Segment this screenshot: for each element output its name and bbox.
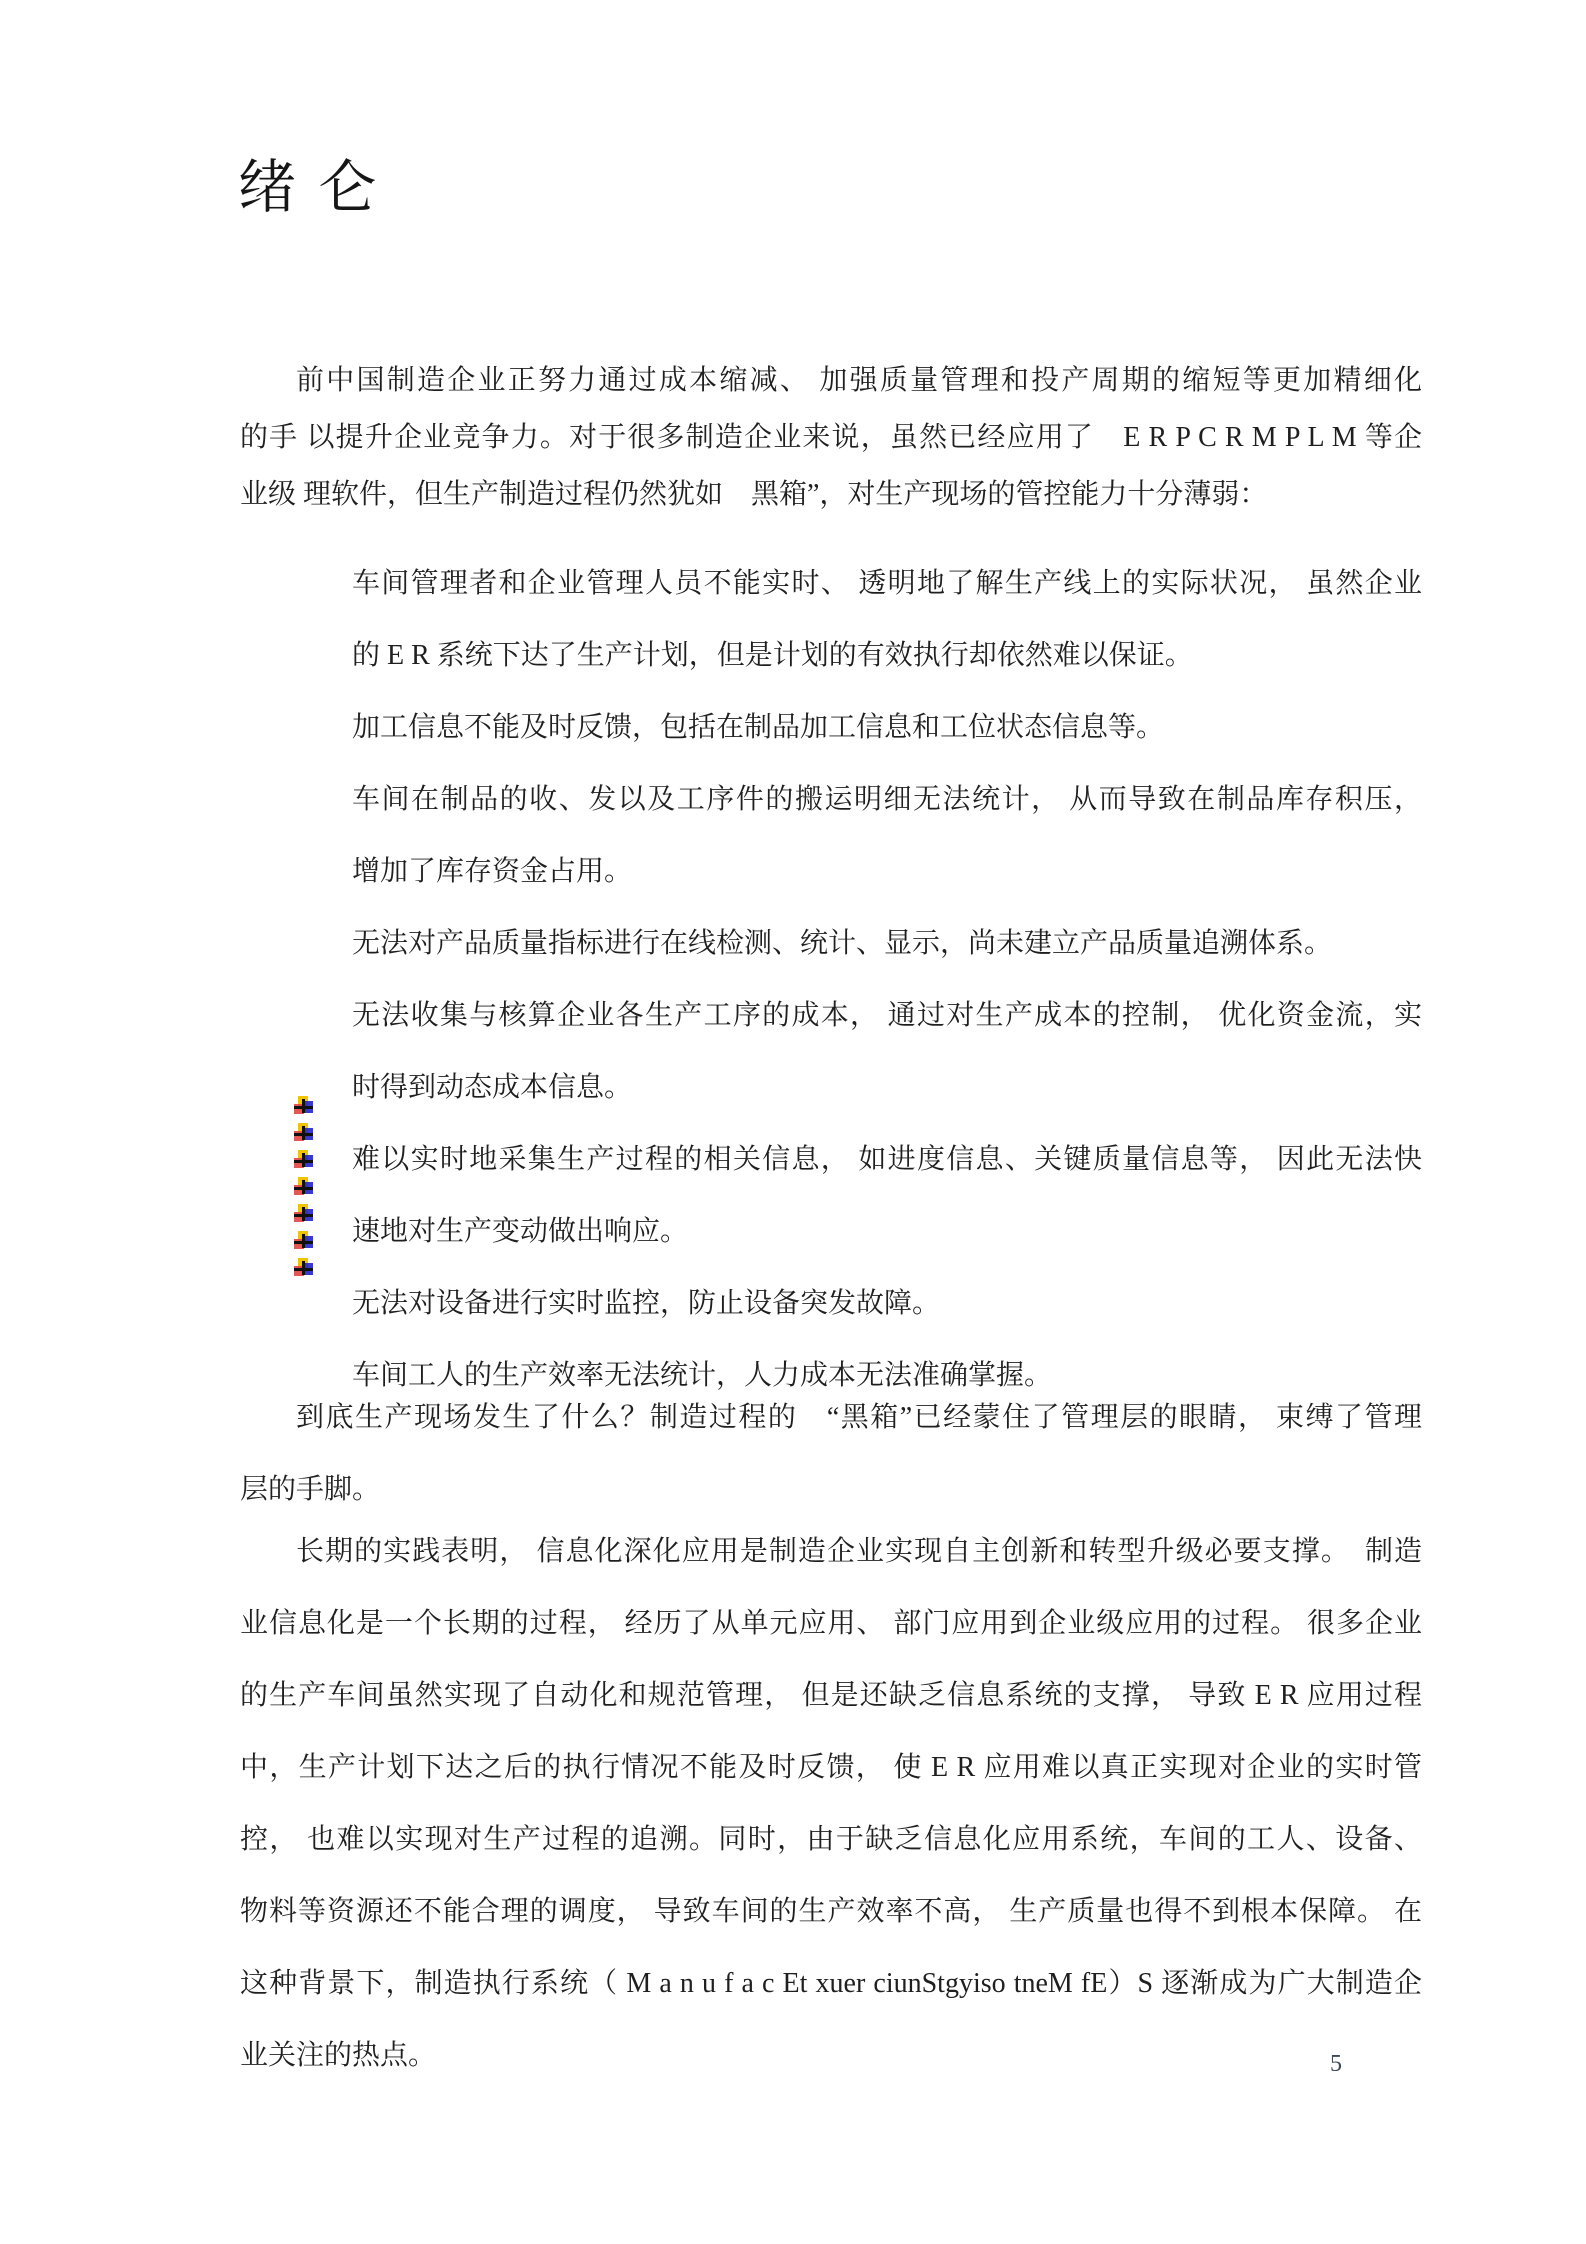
text-line: 前中国制造企业正努力通过成本缩减、 加强质量管理和投产周期的缩短等更加精细化 (240, 352, 1422, 409)
marker-part (302, 1099, 305, 1113)
arrow-cross-marker-icon (294, 1204, 313, 1224)
list-item: 难以实时地采集生产过程的相关信息， 如进度信息、关键质量信息等， 因此无法快速地… (352, 1124, 1422, 1268)
intro-paragraph: 前中国制造企业正努力通过成本缩减、 加强质量管理和投产周期的缩短等更加精细化的手… (240, 352, 1422, 523)
list-item: 车间在制品的收、发以及工序件的搬运明细无法统计， 从而导致在制品库存积压，增加了… (352, 764, 1422, 908)
text-line: 的生产车间虽然实现了自动化和规范管理， 但是还缺乏信息系统的支撑， 导致 E R… (240, 1660, 1422, 1732)
text-line: 到底生产现场发生了什么？制造过程的 “黑箱”已经蒙住了管理层的眼睛， 束缚了管理 (240, 1382, 1422, 1454)
text-line: 的手 以提升企业竞争力。对于很多制造企业来说，虽然已经应用了 E R P C R… (240, 409, 1422, 466)
bullet-marker-column (294, 1096, 313, 1285)
text-line: 控， 也难以实现对生产过程的追溯。同时，由于缺乏信息化应用系统，车间的工人、设备… (240, 1804, 1422, 1876)
arrow-cross-marker-icon (294, 1096, 313, 1116)
arrow-cross-marker-icon (294, 1150, 313, 1170)
list-item: 车间管理者和企业管理人员不能实时、 透明地了解生产线上的实际状况， 虽然企业的 … (352, 548, 1422, 692)
marker-part (302, 1126, 305, 1140)
arrow-cross-marker-icon (294, 1258, 313, 1278)
page-number: 5 (1330, 2052, 1342, 2076)
blackbox-paragraph: 到底生产现场发生了什么？制造过程的 “黑箱”已经蒙住了管理层的眼睛， 束缚了管理… (240, 1382, 1422, 1526)
marker-part (302, 1261, 305, 1275)
arrow-cross-marker-icon (294, 1231, 313, 1251)
marker-part (302, 1180, 305, 1194)
text-line: 这种背景下，制造执行系统（ M a n u f a c Et xuer ciun… (240, 1948, 1422, 2020)
list-item: 无法对产品质量指标进行在线检测、统计、显示，尚未建立产品质量追溯体系。 (352, 908, 1422, 980)
text-line: 无法对设备进行实时监控，防止设备突发故障。 (352, 1268, 1422, 1340)
text-line: 难以实时地采集生产过程的相关信息， 如进度信息、关键质量信息等， 因此无法快 (352, 1124, 1422, 1196)
mes-background-paragraph: 长期的实践表明， 信息化深化应用是制造企业实现自主创新和转型升级必要支撑。 制造… (240, 1516, 1422, 2092)
marker-part (302, 1234, 305, 1248)
arrow-cross-marker-icon (294, 1123, 313, 1143)
marker-part (302, 1153, 305, 1167)
text-line: 无法收集与核算企业各生产工序的成本， 通过对生产成本的控制， 优化资金流，实 (352, 980, 1422, 1052)
document-page: 绪 仑 前中国制造企业正努力通过成本缩减、 加强质量管理和投产周期的缩短等更加精… (0, 0, 1586, 2244)
arrow-cross-marker-icon (294, 1177, 313, 1197)
text-line: 时得到动态成本信息。 (352, 1052, 1422, 1124)
list-item: 加工信息不能及时反馈，包括在制品加工信息和工位状态信息等。 (352, 692, 1422, 764)
page-title: 绪 仑 (238, 152, 381, 225)
text-line: 增加了库存资金占用。 (352, 836, 1422, 908)
text-line: 业信息化是一个长期的过程， 经历了从单元应用、 部门应用到企业级应用的过程。 很… (240, 1588, 1422, 1660)
text-line: 中，生产计划下达之后的执行情况不能及时反馈， 使 E R 应用难以真正实现对企业… (240, 1732, 1422, 1804)
text-line: 的 E R 系统下达了生产计划，但是计划的有效执行却依然难以保证。 (352, 620, 1422, 692)
text-line: 无法对产品质量指标进行在线检测、统计、显示，尚未建立产品质量追溯体系。 (352, 908, 1422, 980)
text-line: 车间管理者和企业管理人员不能实时、 透明地了解生产线上的实际状况， 虽然企业 (352, 548, 1422, 620)
list-item: 无法收集与核算企业各生产工序的成本， 通过对生产成本的控制， 优化资金流，实时得… (352, 980, 1422, 1124)
marker-part (302, 1207, 305, 1221)
text-line: 物料等资源还不能合理的调度， 导致车间的生产效率不高， 生产质量也得不到根本保障… (240, 1876, 1422, 1948)
text-line: 业关注的热点。 (240, 2020, 1422, 2092)
text-line: 速地对生产变动做出响应。 (352, 1196, 1422, 1268)
text-line: 车间在制品的收、发以及工序件的搬运明细无法统计， 从而导致在制品库存积压， (352, 764, 1422, 836)
issues-list: 车间管理者和企业管理人员不能实时、 透明地了解生产线上的实际状况， 虽然企业的 … (352, 548, 1422, 1412)
list-item: 无法对设备进行实时监控，防止设备突发故障。 (352, 1268, 1422, 1340)
text-line: 加工信息不能及时反馈，包括在制品加工信息和工位状态信息等。 (352, 692, 1422, 764)
text-line: 业级 理软件，但生产制造过程仍然犹如 黑箱”，对生产现场的管控能力十分薄弱： (240, 466, 1422, 523)
text-line: 长期的实践表明， 信息化深化应用是制造企业实现自主创新和转型升级必要支撑。 制造 (240, 1516, 1422, 1588)
